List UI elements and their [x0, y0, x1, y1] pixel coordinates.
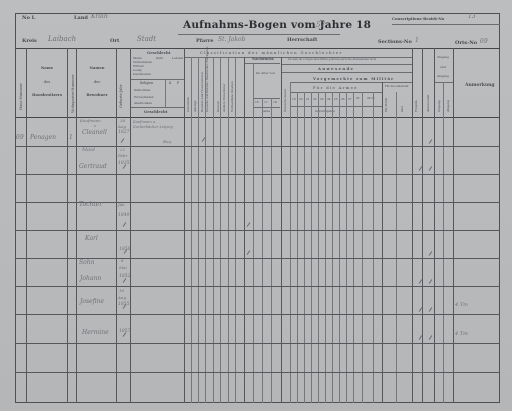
row-6-jahr-top: 8: [121, 259, 124, 263]
nachwuchs-foot-line: [253, 107, 280, 108]
zugang-col: Zugang: [437, 100, 441, 112]
vorgemerkt-title: Vorgemerkte zum Militär: [313, 77, 394, 81]
conscription-label: Conscriptions-Bezirk-No: [392, 17, 444, 21]
geschlecht-footer: Geschlecht: [144, 110, 168, 114]
kreis-value: Laibach: [48, 36, 76, 43]
row-8-bewohner: Hermine: [82, 330, 109, 336]
row-7-anmerkung: 4 Tm: [455, 303, 468, 308]
census-sheet: No I. Land Krain Aufnahms-Bogen vom Jahr…: [0, 0, 512, 411]
row-line: [15, 372, 500, 373]
col-wohnpartei: Wohnpartei-Nummer: [71, 75, 75, 113]
nachwuchs-years-line: [253, 98, 280, 99]
row-1-partei: 1: [69, 135, 73, 141]
orts-value: 69: [480, 39, 488, 45]
age-7: 26: [341, 98, 345, 101]
row-1-jahr-mid: Aug: [118, 125, 126, 129]
col-geburtsjahr: Geburts-Jahr: [119, 85, 123, 108]
sections-value: 1: [415, 38, 419, 44]
grid-v: [325, 92, 326, 403]
herrschaft-label: Herrschaft: [287, 38, 317, 43]
grid-v: [453, 48, 454, 403]
zugang-title-3: Abgang: [435, 75, 451, 78]
land-value: Krain: [91, 14, 108, 20]
geschlecht-row-5: Geschieden: [133, 73, 151, 76]
col-bewohner-3: Bewohner: [77, 93, 117, 97]
zu-zahl-line: [281, 64, 412, 65]
grid-v: [332, 92, 333, 403]
form-number: No I.: [22, 16, 36, 21]
title-underline: [178, 34, 340, 35]
grid-v: [311, 92, 312, 403]
row-line: [15, 174, 500, 175]
row-5-bewohner-top: Karl: [85, 236, 98, 242]
age-1: 20: [299, 98, 303, 101]
grid-v: [297, 92, 298, 403]
class-col-6: Andere Einwohner: [222, 84, 226, 113]
row-1-bewohner-mid: v: [94, 124, 96, 128]
row-1-note: Kaufmann u. Zuckerbäcker Leipzig: [133, 120, 181, 129]
vorgemerkt-line: [290, 82, 412, 83]
grid-v: [443, 82, 444, 403]
col-hausnummer: Haus-Nummer: [19, 83, 23, 110]
geschlecht-footer-line: [131, 107, 184, 108]
row-6-bewohner: Johann: [80, 276, 101, 282]
grid-v: [434, 48, 435, 403]
row-7-jahr-top: 16: [119, 289, 124, 293]
nachwuchs-title: Nachwuchs: [252, 58, 274, 61]
grid-v: [130, 48, 131, 403]
grid-v: [422, 48, 423, 403]
grid-v: [318, 92, 319, 403]
zuwachs-col: Zuwachs heuer: [283, 89, 287, 112]
zugang-title-2: und: [435, 66, 451, 69]
col-bewohner-1: Namen: [77, 66, 117, 70]
zu-zahl-text: Zu dem im vorigen Abschnitte gehören auc…: [288, 59, 376, 62]
grid-v: [373, 92, 374, 403]
grid-v: [76, 48, 77, 403]
row-2-bewohner: Gertraud: [79, 164, 107, 170]
col-hausbesitzer-2: des: [27, 80, 67, 84]
religion-divider: [165, 79, 166, 107]
pfarre-value: St. Jakob: [218, 37, 245, 43]
col-hausbesitzer-3: Hausbesitzers: [27, 93, 67, 97]
age-0: 19: [292, 98, 296, 101]
class-col-3: Beamte und Honoratioren: [200, 72, 204, 112]
ort-label: Ort: [110, 39, 119, 44]
row-line: [15, 314, 500, 315]
grid-v: [362, 92, 363, 403]
geschlecht-title: Geschlecht: [147, 51, 171, 55]
zugang-title-1: Zugang: [435, 56, 451, 59]
class-col-1: Geistliche: [186, 97, 190, 112]
title-year: 57: [316, 22, 325, 29]
col-fremde: Fremde: [414, 100, 418, 112]
conscription-value: 13: [468, 14, 476, 20]
age-3: 22: [313, 98, 317, 101]
col-bewohner-2: der: [77, 80, 117, 84]
geschlecht-divider: [131, 79, 184, 80]
row-7-jahr-mid: Aug: [118, 296, 126, 300]
row-2-bewohner-top: Maid: [82, 148, 95, 153]
grid-v: [396, 92, 397, 403]
row-1-besitzer: Penagen: [30, 135, 56, 141]
nachwuchs-foot: Jahre: [262, 110, 270, 113]
grid-v: [116, 48, 117, 403]
col-anmerkung: Anmerkung: [465, 84, 495, 89]
row-1-bewohner: Cleanell: [82, 130, 107, 136]
row-4-bewohner-top: Tochter: [79, 202, 102, 208]
grid-v: [67, 48, 68, 403]
age-5: 24: [327, 98, 331, 101]
row-6-jahr-mid: Mai: [119, 266, 127, 270]
kreis-label: Kreis: [22, 39, 37, 44]
age-4: 23: [320, 98, 324, 101]
col-hausbesitzer-1: Name: [27, 66, 67, 70]
row-7-bewohner: Josefine: [80, 299, 104, 305]
grid-v: [26, 48, 27, 403]
col-abwesend: Abwesende: [426, 95, 430, 112]
row-4-jahr-top: Jän: [118, 203, 125, 207]
classification-title: Classification der männlichen Geschlecht…: [200, 51, 343, 55]
religion-col-p: P: [177, 82, 179, 85]
age-9: 28: [356, 98, 359, 101]
landwehr-title: Für die Landwehr: [385, 86, 409, 89]
religion-row-3: Akatholiken: [134, 102, 152, 105]
religion-row-1: Katholiken: [134, 89, 150, 92]
row-1-note2: Beq.: [163, 140, 172, 144]
row-2-jahr-mid: Febr: [118, 154, 127, 158]
class-col-7: Vorhandene Knaben: [230, 81, 234, 112]
grid-v: [339, 92, 340, 403]
row-line: [15, 230, 500, 231]
nachwuchs-sub: Im Alter von: [256, 72, 275, 75]
grid-v: [412, 48, 413, 403]
nachwuchs-year-2: 17: [264, 101, 268, 104]
orts-label: Orts-No: [455, 41, 477, 46]
grid-v: [346, 92, 347, 403]
nachwuchs-year-1: 15: [255, 101, 259, 104]
landwehr-col-2: Zahl: [401, 106, 404, 112]
row-line: [15, 343, 500, 344]
row-1-jahr-top: 28: [120, 119, 125, 123]
grid-v: [262, 98, 263, 403]
geschlecht-sub-2: Lebend: [172, 57, 183, 60]
grid-v: [271, 98, 272, 403]
religion-row-2: Protestanten: [134, 96, 154, 99]
fuer-armee-title: Für die Armee: [313, 86, 358, 90]
class-col-2: Adelige: [193, 101, 197, 112]
nachwuchs-year-3: 18: [273, 101, 277, 104]
row-1-bewohner-top: Kaufmann: [80, 119, 101, 123]
grid-v: [353, 92, 354, 403]
landwehr-col-1: Für Militär: [385, 97, 388, 112]
grid-v: [253, 63, 254, 403]
row-8-anmerkung: 4 Tm: [455, 332, 468, 337]
grid-v: [382, 82, 383, 403]
anwesende-line: [281, 72, 412, 73]
sections-label: Sections-No: [378, 40, 412, 45]
table-top-border: [15, 48, 500, 49]
religion-title: Religion: [140, 82, 153, 85]
pfarre-label: Pfarre: [196, 39, 214, 44]
nachwuchs-underline: [244, 63, 280, 64]
row-4-jahr: 1849: [118, 214, 129, 219]
row-6-bewohner-top: Sohn: [79, 260, 94, 266]
anwesende-title: Anwesende: [318, 67, 354, 71]
row-2-jahr-top: 22: [120, 148, 125, 152]
geschlecht-sub-1: Zahl: [156, 57, 163, 60]
row-1-haus: 69: [16, 135, 24, 141]
grid-v: [184, 48, 185, 403]
grid-v: [304, 92, 305, 403]
conscription-underline: [392, 24, 500, 25]
form-title: Aufnahms-Bogen vom Jahre 18: [183, 20, 371, 31]
religion-col-k: K: [169, 82, 171, 85]
grid-v: [290, 82, 291, 403]
age-8: 27: [348, 98, 352, 101]
abgang-col: Abgang: [446, 100, 450, 112]
row-line: [15, 286, 500, 287]
land-label: Land: [74, 16, 88, 21]
age-2: 21: [306, 98, 310, 101]
age-6: 25: [334, 98, 338, 101]
row-1-jahr: 1827: [118, 131, 129, 136]
class-col-4: Gewerbs- und Künstler, Handwerker, Fabri…: [206, 47, 209, 112]
ort-value: Stadt: [137, 36, 156, 43]
